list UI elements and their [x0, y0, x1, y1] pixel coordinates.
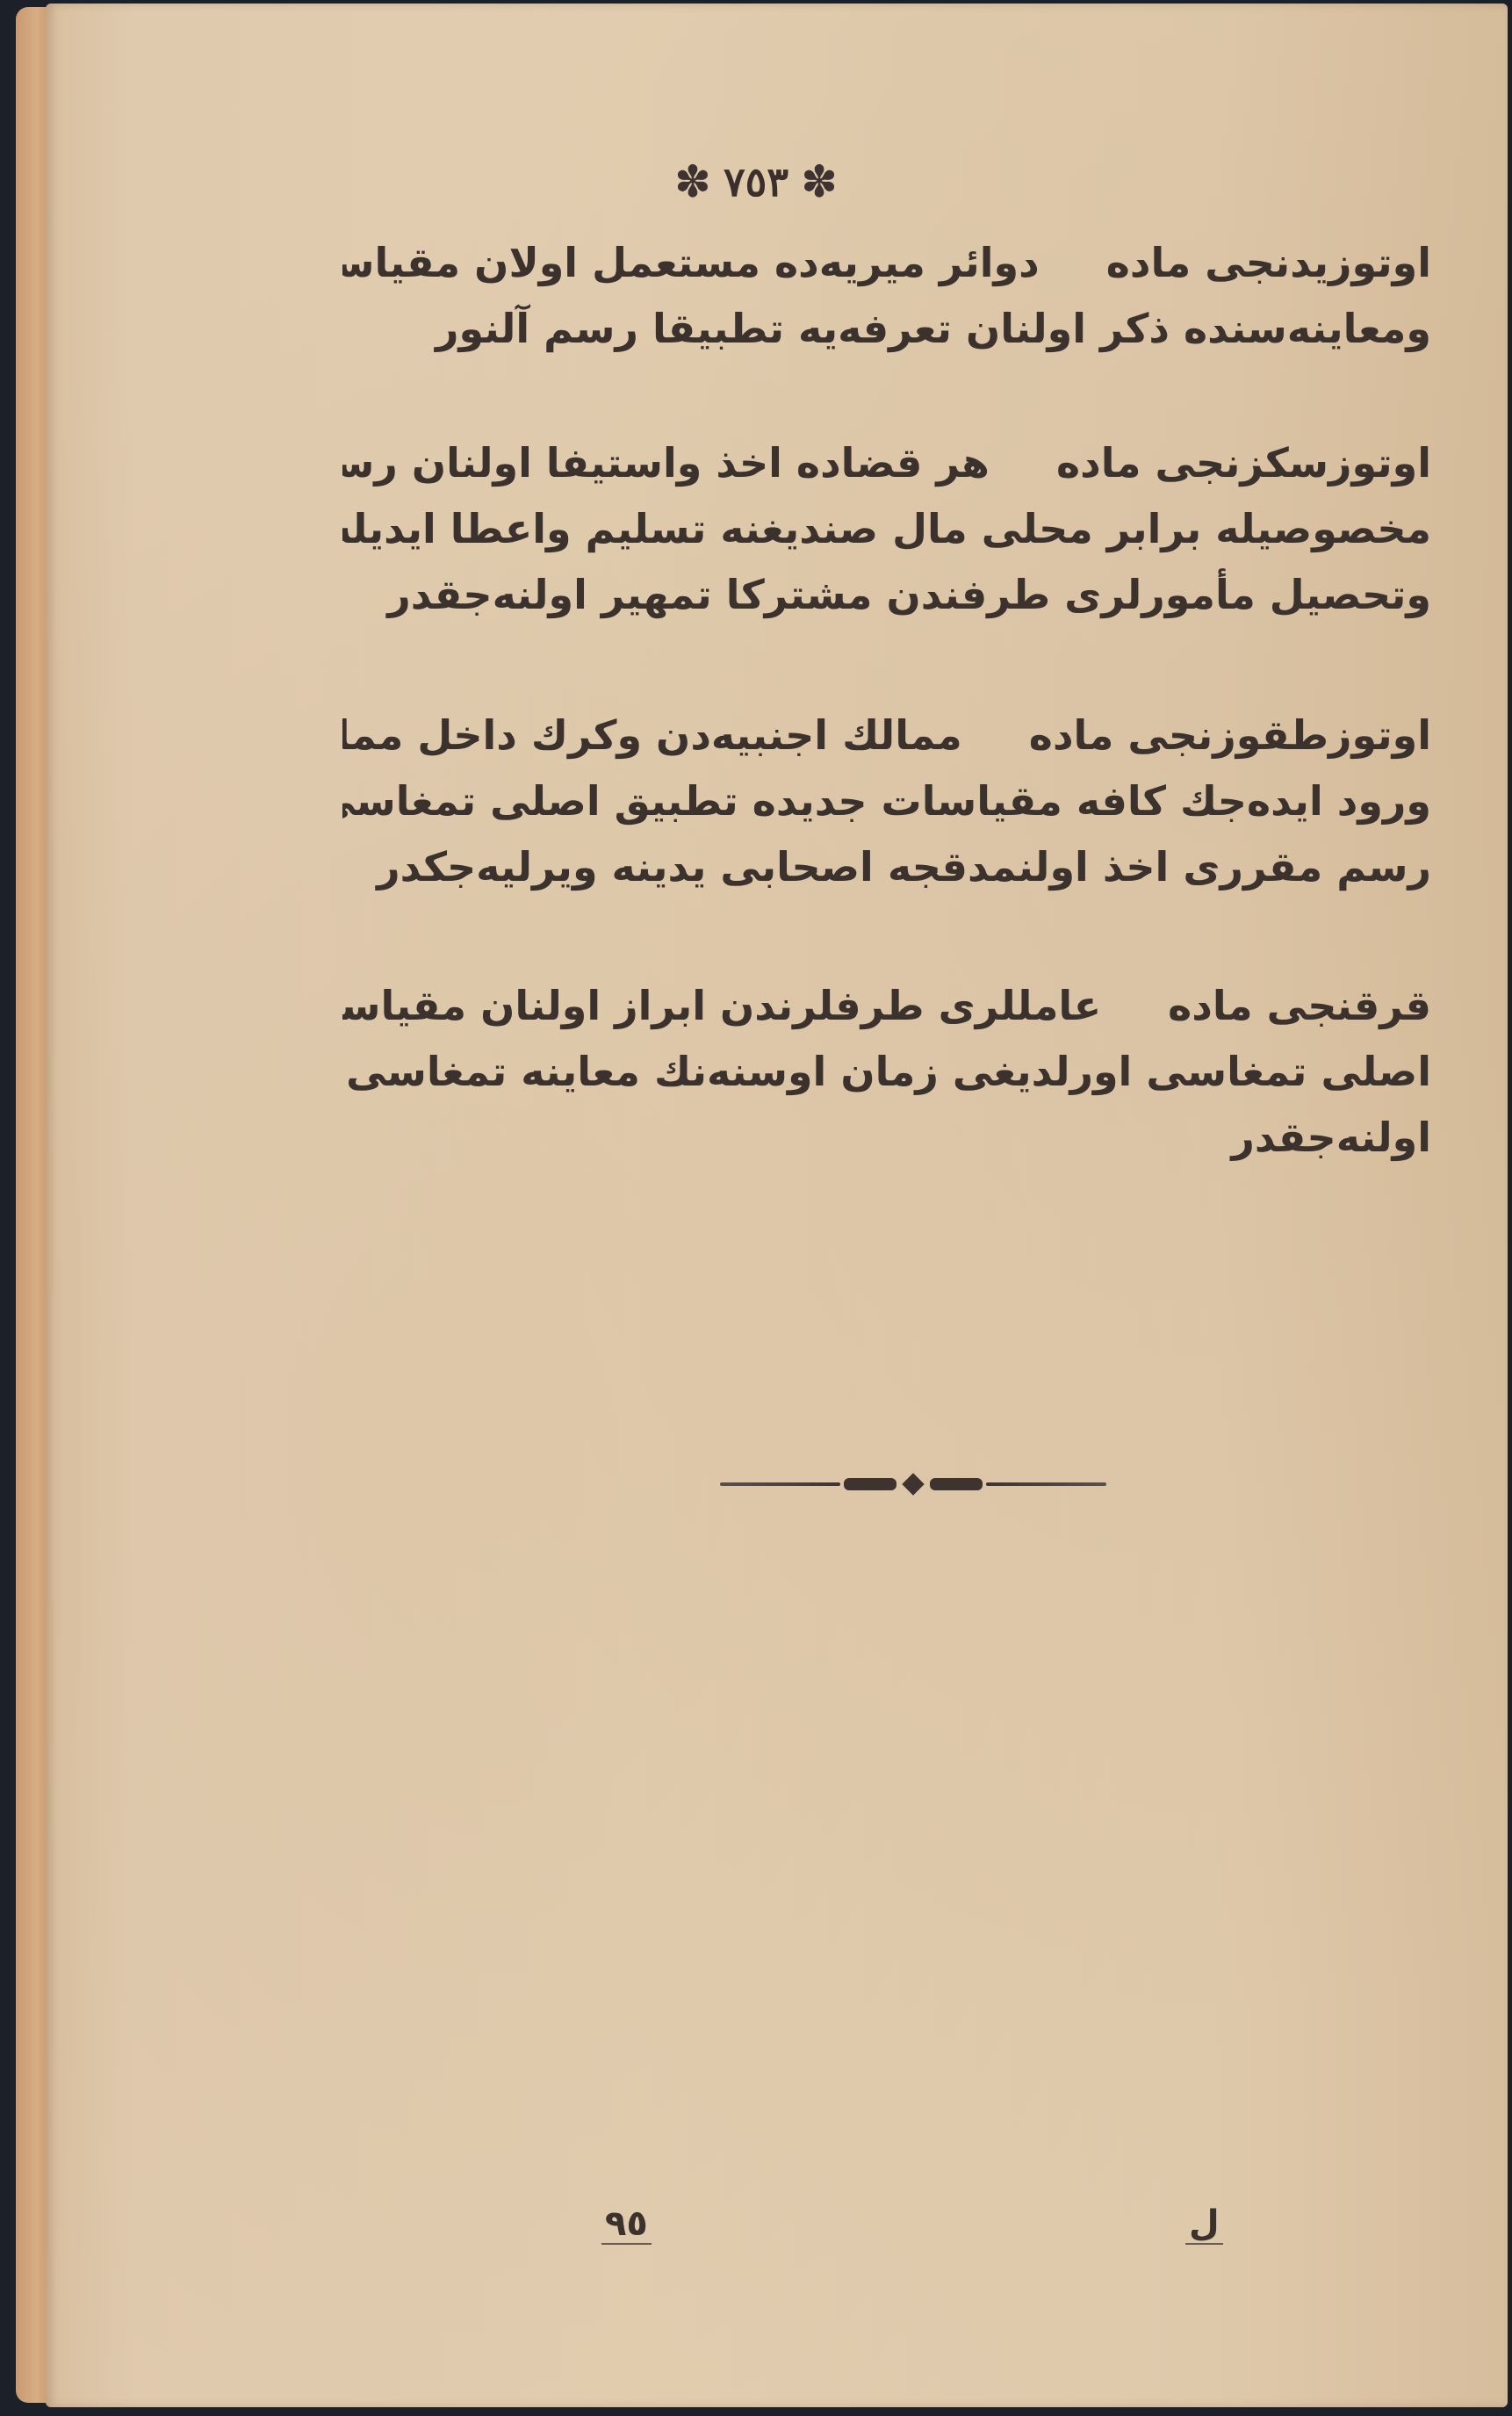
article-39: اوتوزيدنجى ماده دوائر ميريه‌ده مستعمل او…	[342, 230, 1431, 362]
article-text: دوائر ميريه‌ده مستعمل اولان مقياساتك تطب…	[342, 239, 1040, 286]
signature-mark-left: ٩٥	[601, 2204, 652, 2245]
article-text: عامللرى طرفلرندن ابراز اولنان مقياسات جد…	[342, 982, 1101, 1029]
divider-knot-icon	[930, 1478, 983, 1490]
article-38: اوتوزسكزنجى ماده هر قضاده اخذ واستيفا او…	[342, 430, 1431, 628]
article-heading: قرقنجى ماده	[1168, 982, 1431, 1029]
article-40: قرقنجى ماده عامللرى طرفلرندن ابراز اولنا…	[342, 973, 1431, 1171]
divider-rule-left	[720, 1482, 840, 1486]
ornament-icon: ✽	[801, 160, 838, 204]
article-line: اولنه‌جقدر	[342, 1105, 1431, 1171]
article-heading: اوتوزطقوزنجى ماده	[1029, 711, 1431, 759]
decorative-divider	[720, 1478, 1106, 1490]
article-line: رسم مقررى اخذ اولنمدقجه اصحابى يدينه وير…	[342, 834, 1431, 900]
divider-knot-icon	[844, 1478, 896, 1490]
article-text: هر قضاده اخذ واستيفا اولنان رسومات دفتر	[342, 439, 990, 487]
book-page	[46, 4, 1508, 2407]
divider-rule-right	[986, 1482, 1106, 1486]
article-line: وتحصيل مأمورلرى طرفندن مشتركا تمهير اولن…	[342, 562, 1431, 628]
page-header: ✽ ٧٥٣ ✽	[0, 158, 1512, 206]
article-39b: اوتوزطقوزنجى ماده ممالك اجنبيه‌دن وكرك د…	[342, 703, 1431, 900]
article-line: اصلى تمغاسى اورلديغى زمان اوسنه‌نك معاين…	[342, 1039, 1431, 1105]
article-text: ممالك اجنبيه‌دن وكرك داخل ممالكدن كركه	[342, 711, 962, 759]
paper-texture	[46, 4, 1508, 2407]
article-line: مخصوصيله برابر محلى مال صنديغنه تسليم وا…	[342, 496, 1431, 562]
ornament-icon: ✽	[674, 160, 711, 204]
signature-mark-right: ل	[1185, 2204, 1223, 2245]
article-line: اوتوزيدنجى ماده دوائر ميريه‌ده مستعمل او…	[342, 230, 1431, 296]
article-line: اوتوزطقوزنجى ماده ممالك اجنبيه‌دن وكرك د…	[342, 703, 1431, 768]
article-heading: اوتوزسكزنجى ماده	[1056, 439, 1431, 487]
article-line: ورود ايده‌جك كافه مقياسات جديده تطبيق اص…	[342, 768, 1431, 834]
article-line: اوتوزسكزنجى ماده هر قضاده اخذ واستيفا او…	[342, 430, 1431, 496]
page-number: ٧٥٣	[724, 158, 788, 206]
article-line: قرقنجى ماده عامللرى طرفلرندن ابراز اولنا…	[342, 973, 1431, 1039]
article-heading: اوتوزيدنجى ماده	[1106, 239, 1431, 286]
article-line: ومعاينه‌سنده ذكر اولنان تعرفه‌يه تطبيقا …	[342, 296, 1431, 362]
